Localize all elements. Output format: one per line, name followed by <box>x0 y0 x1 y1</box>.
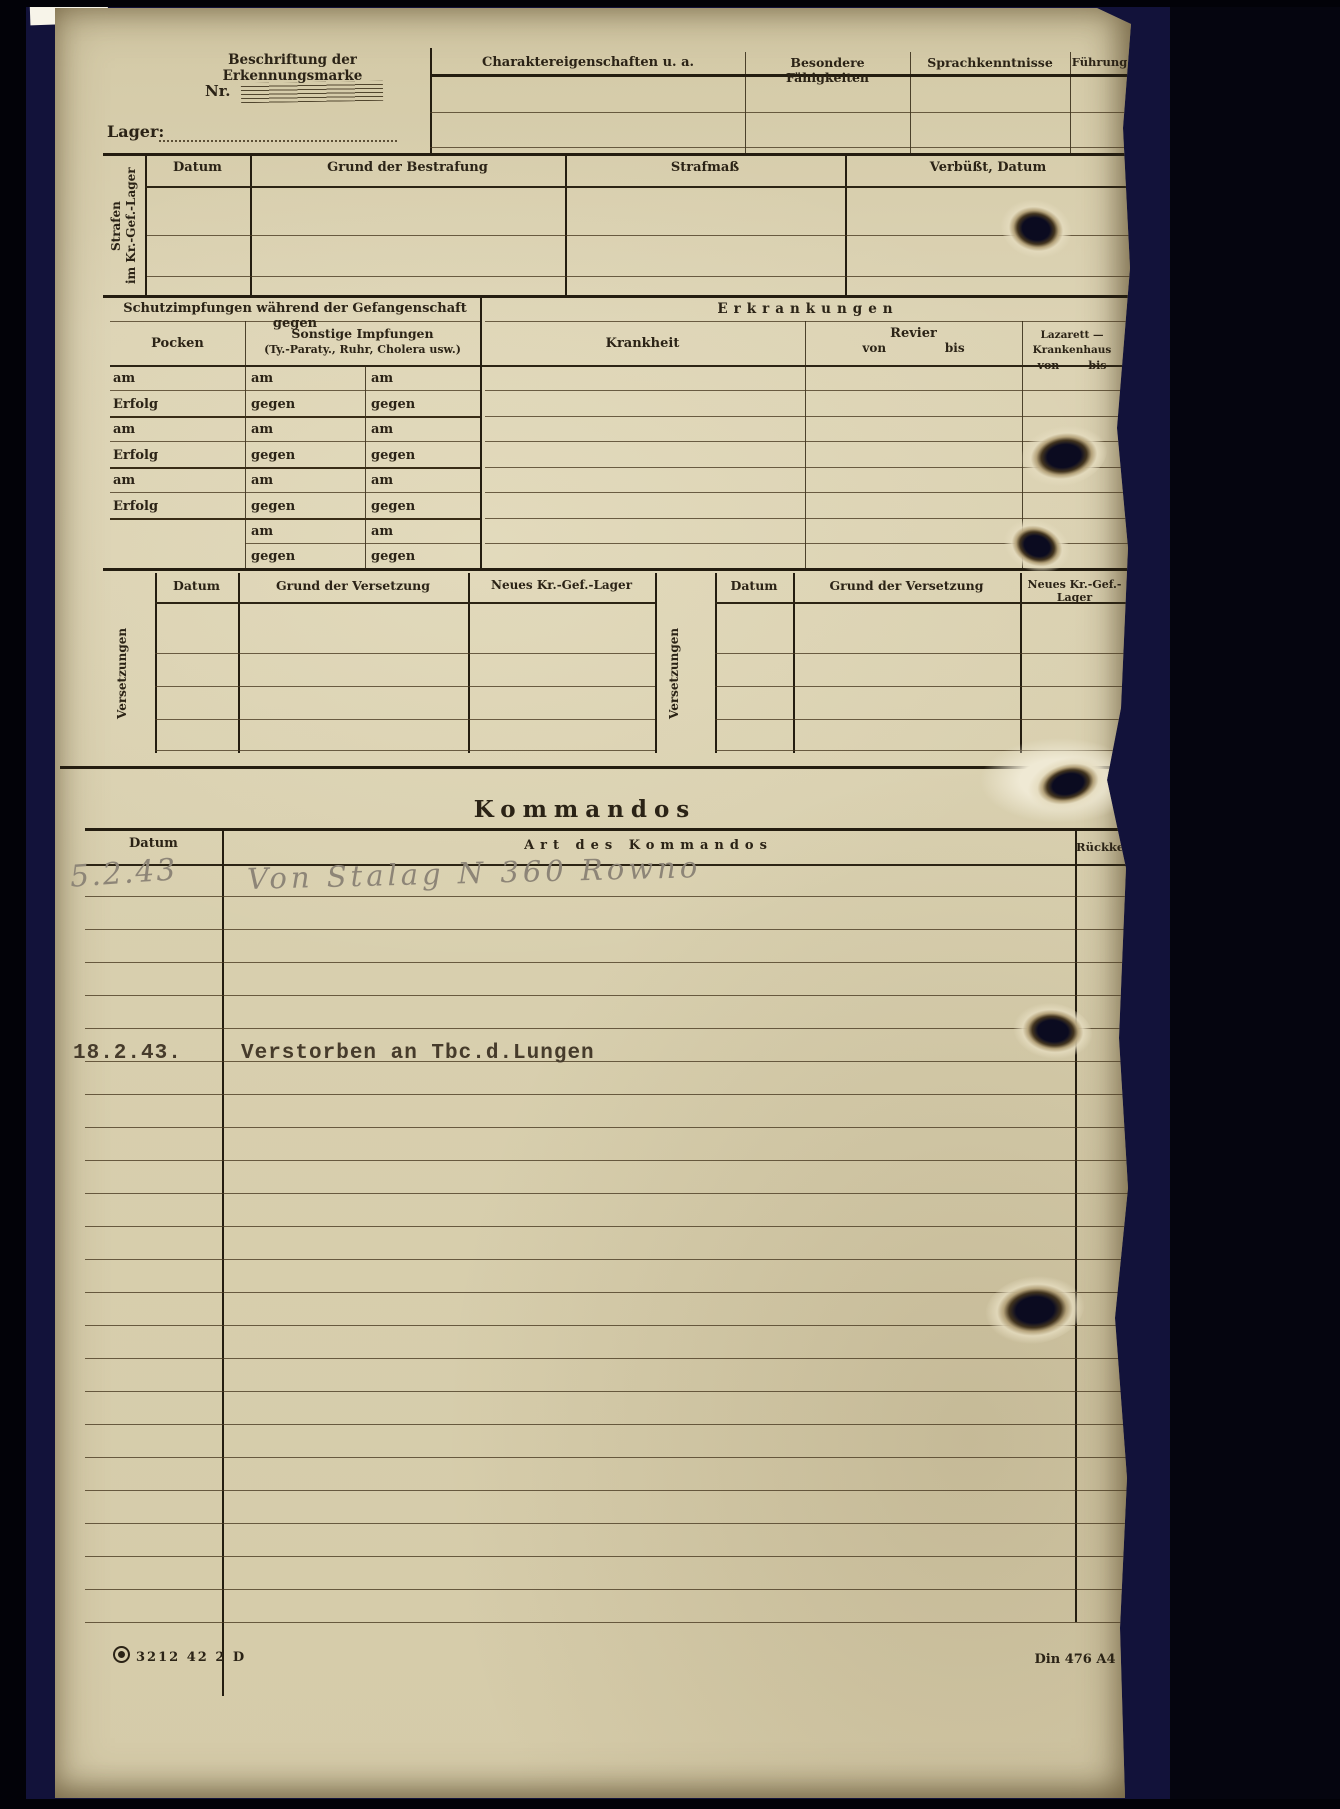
print-code: 3212 42 2 D <box>113 1646 246 1665</box>
strafen-side-label-1: Strafen <box>109 201 123 251</box>
scan-background: Beschriftung der Erkennungsmarke Nr. Lag… <box>0 0 1340 1809</box>
line <box>145 156 147 295</box>
ruled-line <box>85 1589 1131 1590</box>
line <box>60 766 1131 769</box>
sonstige-row: am <box>371 371 393 386</box>
ruled-line <box>85 1193 1131 1194</box>
line <box>468 573 470 753</box>
kommando-entry-date-typed: 18.2.43. <box>73 1042 182 1065</box>
strafen-col-grund: Grund der Bestrafung <box>250 160 565 175</box>
line <box>103 568 1131 571</box>
line <box>715 653 1131 654</box>
kommando-entry-date-handwritten: 5.2.43 <box>69 852 179 894</box>
sonstige-header-2: (Ty.-Paraty., Ruhr, Cholera usw.) <box>264 343 461 356</box>
line <box>715 573 717 753</box>
sonstige-row: gegen <box>371 499 415 514</box>
line <box>155 573 157 753</box>
versetzungen-left-side-label: Versetzungen <box>115 598 145 748</box>
sonstige-header: Sonstige Impfungen (Ty.-Paraty., Ruhr, C… <box>247 326 478 357</box>
pocken-row: Erfolg <box>113 499 158 514</box>
nr-value-scribble <box>241 81 383 103</box>
sonstige-row: gegen <box>251 499 295 514</box>
line <box>715 719 1131 720</box>
line <box>110 390 480 391</box>
krankheit-header: Krankheit <box>480 336 805 351</box>
sonstige-row: am <box>251 422 273 437</box>
ruled-line <box>85 929 1131 930</box>
scan-border <box>0 1799 1340 1809</box>
line <box>655 573 657 753</box>
line <box>103 153 1131 156</box>
ruled-line <box>85 962 1131 963</box>
din-format-label: Din 476 A4 <box>1015 1652 1135 1667</box>
ruled-line <box>85 896 1131 897</box>
sonstige-row: am <box>371 473 393 488</box>
ruled-line <box>85 1556 1131 1557</box>
line <box>103 295 1131 298</box>
line <box>222 828 224 1696</box>
paper-hole <box>996 510 1078 582</box>
versetzungen-r-datum: Datum <box>715 578 793 593</box>
pocken-row: am <box>113 473 135 488</box>
line <box>245 321 246 568</box>
versetzungen-r-grund: Grund der Versetzung <box>793 578 1020 593</box>
paper-hole <box>982 1272 1088 1348</box>
paper-hole <box>1010 999 1095 1063</box>
strafen-side-label: Strafen im Kr.-Gef.-Lager <box>109 160 143 292</box>
col-sprachkenntnisse: Sprachkenntnisse <box>912 55 1068 70</box>
sonstige-row: am <box>251 473 273 488</box>
pocken-row: am <box>113 371 135 386</box>
nr-label: Nr. <box>205 82 230 100</box>
line <box>745 52 746 153</box>
col-besondere-faehigkeiten: Besondere Fähigkeiten <box>747 55 908 85</box>
scan-border <box>0 0 1340 7</box>
sonstige-row: gegen <box>371 448 415 463</box>
ruled-line <box>85 995 1131 996</box>
line <box>155 653 655 654</box>
line <box>245 543 480 544</box>
strafen-col-strafmass: Strafmaß <box>565 160 845 175</box>
pocken-row: am <box>113 422 135 437</box>
versetzungen-l-datum: Datum <box>155 578 238 593</box>
line <box>110 492 480 493</box>
line <box>110 365 1131 367</box>
line <box>715 686 1131 687</box>
ruled-line <box>85 1160 1131 1161</box>
ruled-line <box>85 1226 1131 1227</box>
line <box>147 276 1131 277</box>
strafen-col-verbuesst: Verbüßt, Datum <box>845 160 1131 175</box>
revier-bis-label: bis <box>945 341 965 356</box>
kommandos-col-rueckkehr: Rückkehrdatum <box>1073 840 1183 854</box>
line <box>110 441 480 442</box>
kommando-entry-text-typed: Verstorben an Tbc.d.Lungen <box>241 1042 595 1065</box>
line <box>110 416 480 418</box>
print-code-text: 3212 42 2 D <box>136 1650 246 1665</box>
ruled-line <box>85 1622 1131 1623</box>
line <box>1075 828 1077 1622</box>
strafen-side-label-2: im Kr.-Gef.-Lager <box>124 168 138 285</box>
ruled-line <box>85 1523 1131 1524</box>
line <box>110 518 480 520</box>
versetzungen-right-side-label: Versetzungen <box>667 598 707 748</box>
sonstige-row: am <box>371 524 393 539</box>
ruled-line <box>85 1358 1131 1359</box>
lazarett-header-title: Lazarett — Krankenhaus <box>1033 329 1112 356</box>
line <box>430 112 1131 113</box>
kommandos-title: Kommandos <box>305 796 865 823</box>
line <box>430 48 432 153</box>
ruled-line <box>85 1490 1131 1491</box>
line <box>485 492 1131 493</box>
paper-hole <box>995 193 1077 265</box>
ruled-line <box>85 1028 1131 1029</box>
sonstige-row: gegen <box>251 549 295 564</box>
line <box>430 147 1131 148</box>
pow-card-back-page: Beschriftung der Erkennungsmarke Nr. Lag… <box>55 8 1131 1798</box>
line <box>155 686 655 687</box>
pocken-row: Erfolg <box>113 448 158 463</box>
line <box>238 573 240 753</box>
line <box>485 416 1131 417</box>
pocken-row: Erfolg <box>113 397 158 412</box>
ruled-line <box>85 1292 1131 1293</box>
lager-label: Lager: <box>107 122 164 141</box>
ruled-line <box>85 1259 1131 1260</box>
line <box>145 186 1131 188</box>
versetzungen-l-grund: Grund der Versetzung <box>238 578 468 593</box>
sonstige-row: gegen <box>371 549 415 564</box>
sonstige-row: am <box>371 422 393 437</box>
sonstige-row: am <box>251 524 273 539</box>
line <box>155 750 655 751</box>
lazarett-bis-label: bis <box>1088 358 1106 373</box>
round-stamp-icon <box>113 1646 130 1663</box>
lager-fill-line <box>159 122 397 142</box>
line <box>805 321 806 568</box>
lazarett-header: Lazarett — Krankenhaus von bis <box>1013 328 1131 373</box>
ruled-line <box>85 1325 1131 1326</box>
versetzungen-l-neues: Neues Kr.-Gef.-Lager <box>468 578 655 592</box>
line <box>147 235 1131 236</box>
kommandos-col-datum: Datum <box>85 836 222 851</box>
sonstige-row: gegen <box>251 448 295 463</box>
versetzungen-r-neues: Neues Kr.-Gef.-Lager <box>1018 578 1131 604</box>
line <box>793 573 795 753</box>
line <box>485 321 1131 322</box>
line <box>85 828 1131 831</box>
paper-hole <box>1016 420 1111 492</box>
sonstige-row: gegen <box>371 397 415 412</box>
line <box>485 390 1131 391</box>
col-fuehrung: Führung <box>1068 55 1131 69</box>
line <box>250 156 252 295</box>
kommando-entry-text-handwritten: Von Stalag N 360 Rowno <box>247 850 702 896</box>
ruled-line <box>85 1094 1131 1095</box>
sonstige-row: gegen <box>251 397 295 412</box>
line <box>845 156 847 295</box>
ruled-line <box>85 1457 1131 1458</box>
line <box>910 52 911 153</box>
line <box>155 719 655 720</box>
col-charaktereigenschaften: Charaktereigenschaften u. a. <box>433 55 743 70</box>
id-section-title: Beschriftung der Erkennungsmarke <box>165 52 420 84</box>
line <box>155 602 655 604</box>
strafen-col-datum: Datum <box>145 160 250 175</box>
line <box>110 467 480 469</box>
sonstige-header-1: Sonstige Impfungen <box>291 326 433 341</box>
line <box>565 156 567 295</box>
revier-header-title: Revier <box>890 326 937 341</box>
revier-header: Revier von bis <box>805 326 1022 356</box>
revier-von-label: von <box>862 341 886 356</box>
lazarett-von-label: von <box>1038 358 1060 373</box>
erkrankungen-title: Erkrankungen <box>485 301 1131 317</box>
ruled-line <box>85 1391 1131 1392</box>
ruled-line <box>85 1424 1131 1425</box>
ruled-line <box>85 1127 1131 1128</box>
sonstige-row: am <box>251 371 273 386</box>
pocken-header: Pocken <box>110 336 245 351</box>
